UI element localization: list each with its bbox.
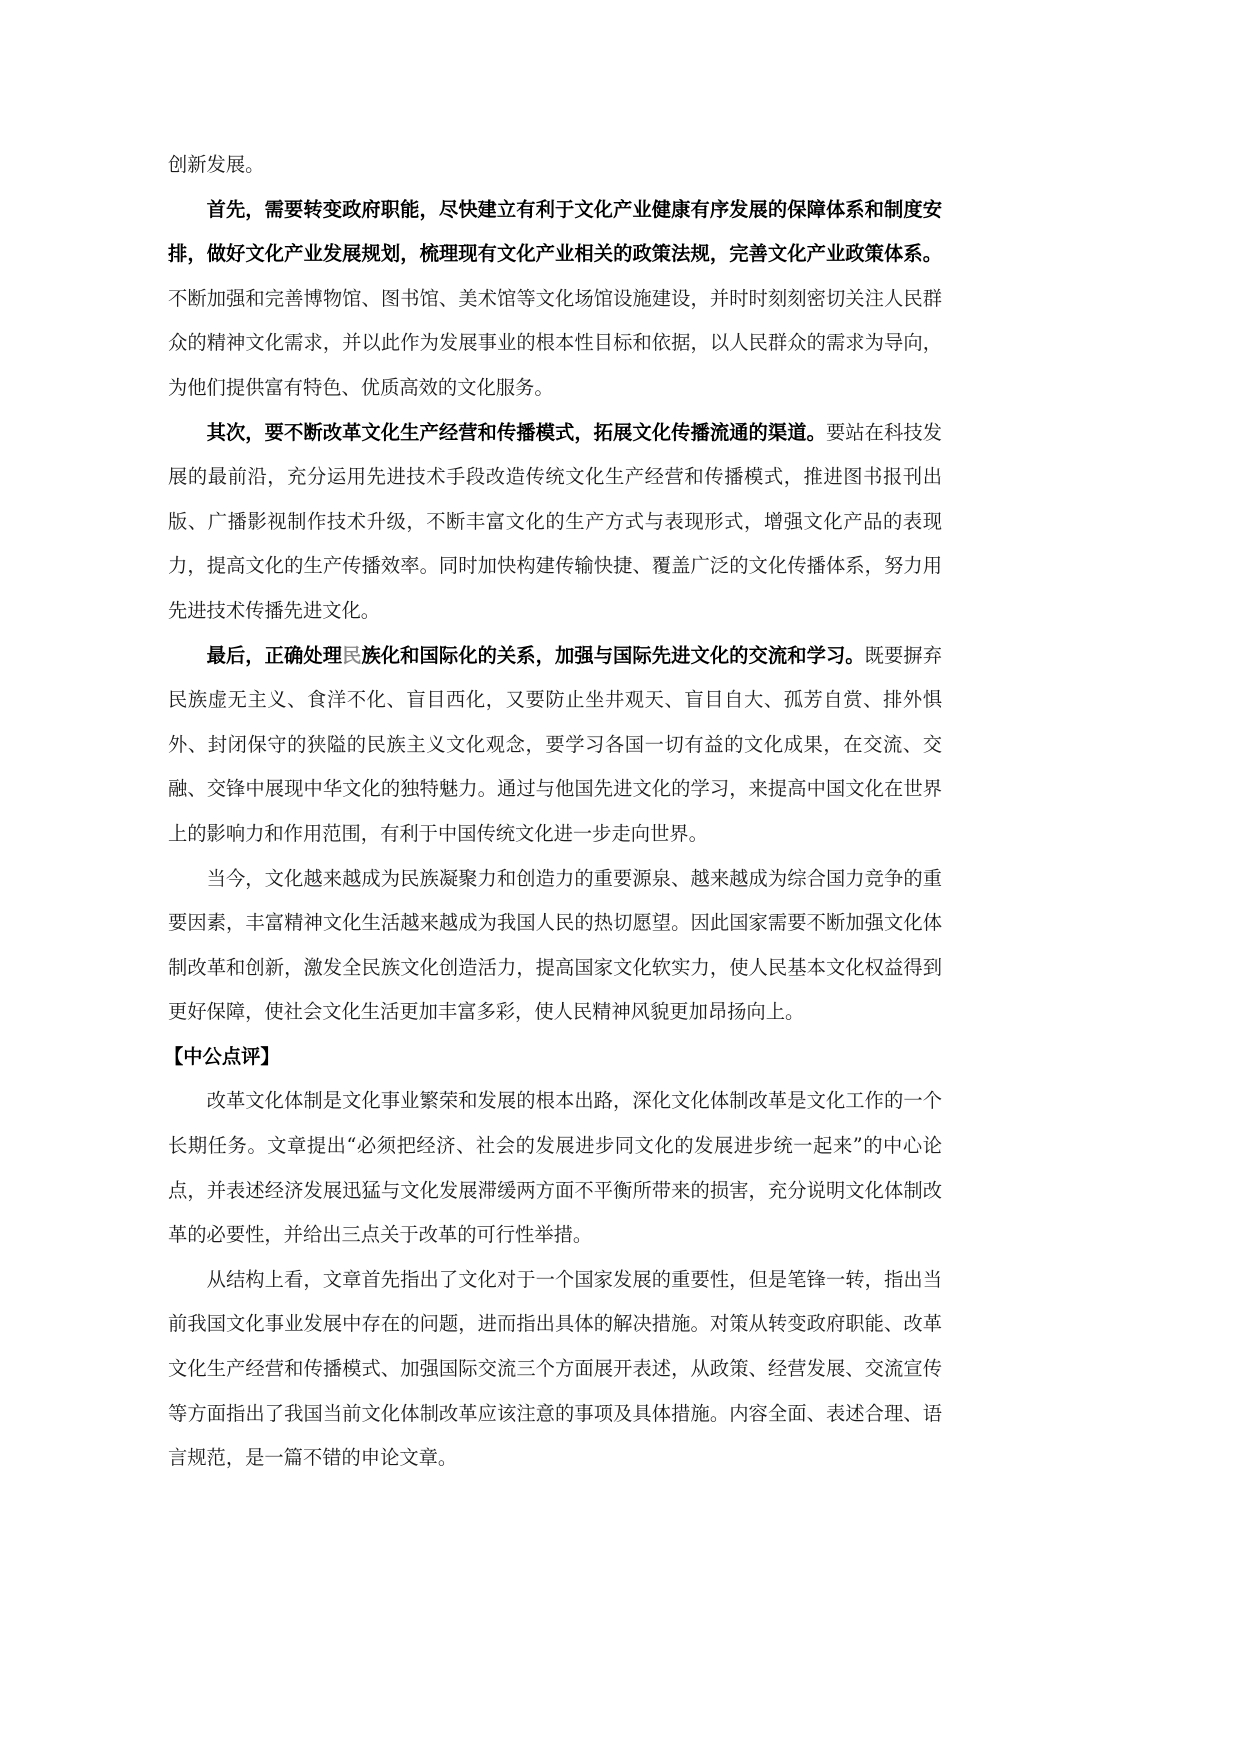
review-text: 改革文化体制是文化事业繁荣和发展的根本出路，深化文化体制改革是文化工作的一个长期… [168,1089,942,1246]
document-page: 创新发展。 首先，需要转变政府职能，尽快建立有利于文化产业健康有序发展的保障体系… [168,143,942,1481]
review-paragraph-2: 从结构上看，文章首先指出了文化对于一个国家发展的重要性，但是笔锋一转，指出当前我… [168,1258,942,1481]
paragraph-text: 既要摒弃民族虚无主义、食洋不化、盲目西化，又要防止坐井观天、盲目自大、孤芳自赏、… [168,644,942,845]
paragraph-conclusion: 当今，文化越来越成为民族凝聚力和创造力的重要源泉、越来越成为综合国力竞争的重要因… [168,857,942,1035]
paragraph-lead-bold-light-char: 民 [342,644,361,667]
review-text: 从结构上看，文章首先指出了文化对于一个国家发展的重要性，但是笔锋一转，指出当前我… [168,1268,942,1469]
paragraph-continuation: 创新发展。 [168,143,942,188]
review-paragraph-1: 改革文化体制是文化事业繁荣和发展的根本出路，深化文化体制改革是文化工作的一个长期… [168,1079,942,1257]
paragraph-text: 要站在科技发展的最前沿，充分运用先进技术手段改造传统文化生产经营和传播模式，推进… [168,421,942,622]
paragraph-second-measure: 其次，要不断改革文化生产经营和传播模式，拓展文化传播流通的渠道。要站在科技发展的… [168,411,942,634]
paragraph-lead-bold: 首先，需要转变政府职能，尽快建立有利于文化产业健康有序发展的保障体系和制度安排，… [168,198,942,266]
review-heading: 【中公点评】 [164,1035,942,1080]
paragraph-lead-bold: 其次，要不断改革文化生产经营和传播模式，拓展文化传播流通的渠道。 [207,421,826,444]
paragraph-lead-bold-part1: 最后，正确处理 [207,644,342,667]
paragraph-text: 创新发展。 [168,153,264,176]
paragraph-text: 当今，文化越来越成为民族凝聚力和创造力的重要源泉、越来越成为综合国力竞争的重要因… [168,867,942,1024]
paragraph-first-measure: 首先，需要转变政府职能，尽快建立有利于文化产业健康有序发展的保障体系和制度安排，… [168,188,942,411]
paragraph-third-measure: 最后，正确处理民族化和国际化的关系，加强与国际先进文化的交流和学习。既要摒弃民族… [168,634,942,857]
paragraph-text: 不断加强和完善博物馆、图书馆、美术馆等文化场馆设施建设，并时时刻刻密切关注人民群… [168,287,942,399]
paragraph-lead-bold-part2: 族化和国际化的关系，加强与国际先进文化的交流和学习。 [361,644,864,667]
